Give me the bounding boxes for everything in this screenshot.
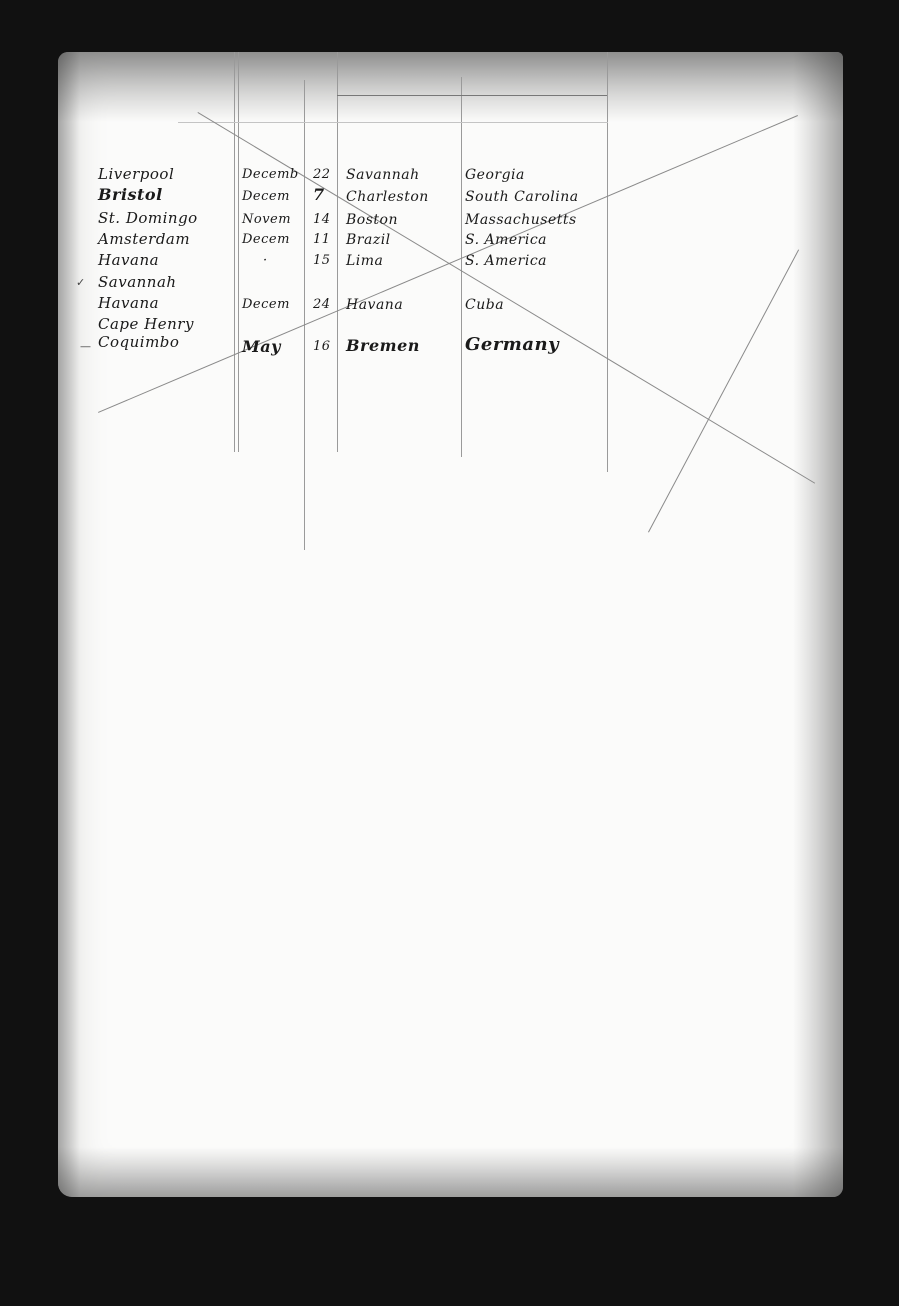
destination-cell: Charleston	[346, 189, 429, 205]
region-cell: S. America	[465, 232, 547, 248]
month-cell: Novem	[242, 212, 291, 227]
day-cell: 14	[313, 212, 331, 227]
destination-cell: Bremen	[346, 336, 420, 355]
day-cell: 11	[313, 232, 331, 247]
day-cell: 24	[313, 297, 331, 312]
column-rule	[304, 80, 305, 550]
region-cell: Cuba	[465, 297, 504, 313]
column-rule	[337, 52, 338, 452]
port-cell: Coquimbo	[98, 333, 179, 351]
destination-cell: Savannah	[346, 167, 420, 183]
port-cell: Cape Henry	[98, 315, 194, 333]
region-cell: Georgia	[465, 167, 525, 183]
port-cell: Bristol	[98, 185, 163, 204]
month-cell: ·	[263, 253, 268, 268]
month-cell: Decem	[242, 297, 290, 312]
region-cell: S. America	[465, 253, 547, 269]
column-rule	[234, 52, 235, 452]
day-cell: 16	[313, 339, 331, 354]
destination-cell: Havana	[346, 297, 403, 313]
day-cell: 7	[313, 185, 325, 204]
port-cell: Havana	[98, 294, 159, 312]
destination-cell: Lima	[346, 253, 383, 269]
month-cell: Decemb	[242, 167, 299, 182]
month-cell: Decem	[242, 189, 290, 204]
page-edge-shadow-left	[58, 52, 80, 1197]
dash-mark: —	[80, 340, 91, 353]
destination-cell: Brazil	[346, 232, 391, 248]
page-edge-shadow-right	[793, 52, 843, 1197]
column-rule	[238, 52, 239, 452]
month-cell: May	[242, 337, 281, 356]
region-cell: Massachusetts	[465, 212, 577, 228]
month-cell: Decem	[242, 232, 290, 247]
column-rule	[607, 52, 608, 472]
region-cell: South Carolina	[465, 189, 579, 205]
port-cell: Liverpool	[98, 165, 174, 183]
region-cell: Germany	[465, 334, 559, 355]
header-rule	[337, 95, 607, 96]
strike-line	[648, 249, 799, 532]
destination-cell: Boston	[346, 212, 398, 228]
column-rule	[461, 77, 462, 457]
header-rule-light	[178, 122, 608, 123]
check-mark: ✓	[76, 276, 85, 289]
day-cell: 22	[313, 167, 331, 182]
day-cell: 15	[313, 253, 331, 268]
port-cell: Havana	[98, 251, 159, 269]
ledger-page: Liverpool Decemb 22 Savannah Georgia Bri…	[58, 52, 843, 1197]
port-cell: St. Domingo	[98, 209, 198, 227]
port-cell: Savannah	[98, 273, 177, 291]
port-cell: Amsterdam	[98, 230, 190, 248]
